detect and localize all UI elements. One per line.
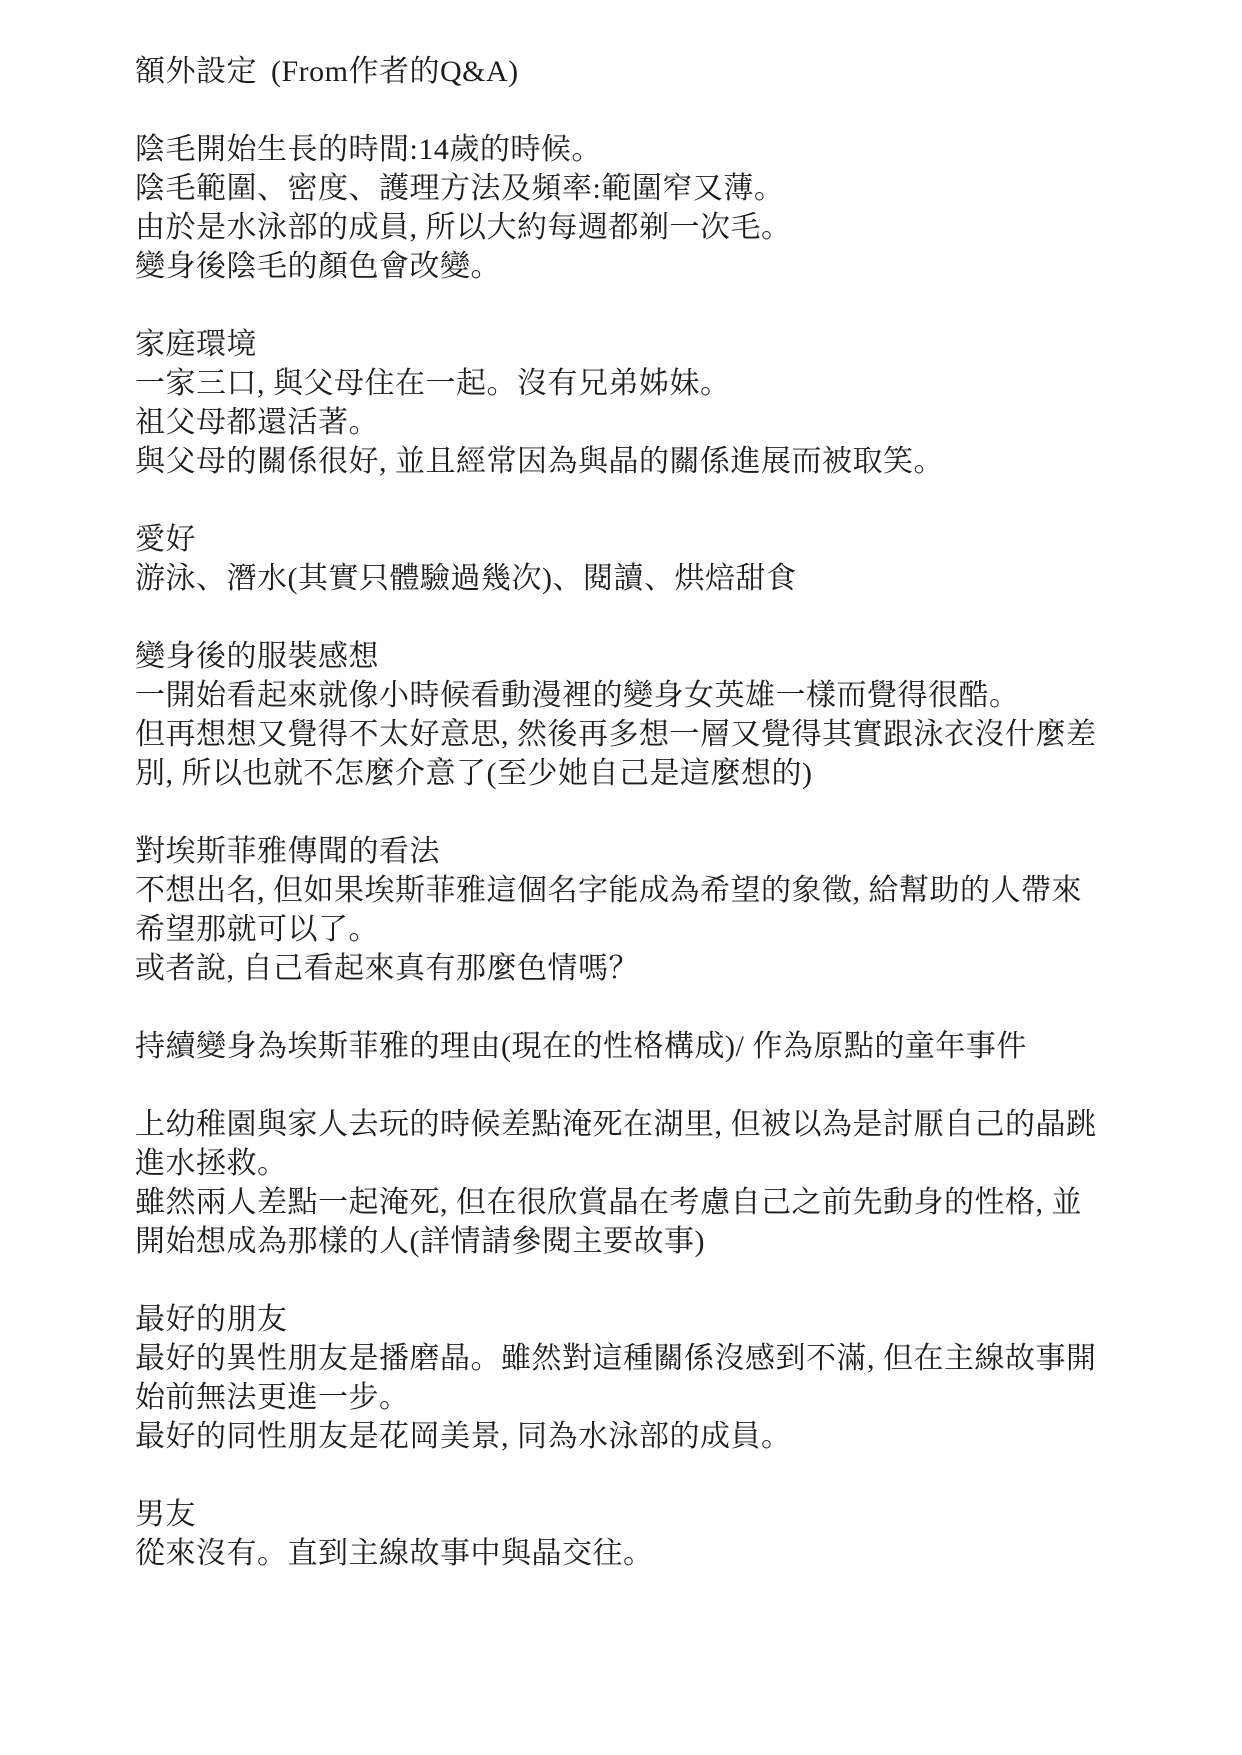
text-line: 變身後陰毛的顏色會改變。 <box>135 247 1182 286</box>
text-line: 始前無法更進一步。 <box>135 1378 1182 1417</box>
text-line: 陰毛開始生長的時間:14歲的時候。 <box>135 130 1182 169</box>
section-heading: 愛好 <box>135 520 1182 559</box>
text-line: 游泳、潛水(其實只體驗過幾次)、閱讀、烘焙甜食 <box>135 559 1182 598</box>
text-line: 上幼稚園與家人去玩的時候差點淹死在湖里, 但被以為是討厭自己的晶跳 <box>135 1105 1182 1144</box>
text-line: 不想出名, 但如果埃斯菲雅這個名字能成為希望的象徵, 給幫助的人帶來 <box>135 871 1182 910</box>
document-page: 額外設定(From作者的Q&A) 陰毛開始生長的時間:14歲的時候。 陰毛範圍、… <box>0 0 1242 1755</box>
section-boyfriend: 男友 從來沒有。直到主線故事中與晶交往。 <box>135 1495 1182 1573</box>
text-line: 從來沒有。直到主線故事中與晶交往。 <box>135 1534 1182 1573</box>
text-line: 由於是水泳部的成員, 所以大約每週都剃一次毛。 <box>135 208 1182 247</box>
section-hobbies: 愛好 游泳、潛水(其實只體驗過幾次)、閱讀、烘焙甜食 <box>135 520 1182 598</box>
text-line: 別, 所以也就不怎麼介意了(至少她自己是這麼想的) <box>135 754 1182 793</box>
text-line: 祖父母都還活著。 <box>135 403 1182 442</box>
text-line: 但再想想又覺得不太好意思, 然後再多想一層又覺得其實跟泳衣沒什麼差 <box>135 715 1182 754</box>
page-title-source: (From作者的Q&A) <box>271 55 519 88</box>
section-heading: 最好的朋友 <box>135 1300 1182 1339</box>
page-title: 額外設定(From作者的Q&A) <box>135 52 1182 91</box>
text-line: 與父母的關係很好, 並且經常因為與晶的關係進展而被取笑。 <box>135 442 1182 481</box>
text-line: 一家三口, 與父母住在一起。沒有兄弟姊妹。 <box>135 364 1182 403</box>
section-family-environment: 家庭環境 一家三口, 與父母住在一起。沒有兄弟姊妹。 祖父母都還活著。 與父母的… <box>135 325 1182 481</box>
section-pubic-hair-notes: 陰毛開始生長的時間:14歲的時候。 陰毛範圍、密度、護理方法及頻率:範圍窄又薄。… <box>135 130 1182 286</box>
section-heading: 對埃斯菲雅傳聞的看法 <box>135 832 1182 871</box>
section-transformation-reason-heading: 持續變身為埃斯菲雅的理由(現在的性格構成)/ 作為原點的童年事件 <box>135 1027 1182 1066</box>
text-line: 陰毛範圍、密度、護理方法及頻率:範圍窄又薄。 <box>135 169 1182 208</box>
section-best-friends: 最好的朋友 最好的異性朋友是播磨晶。雖然對這種關係沒感到不滿, 但在主線故事開 … <box>135 1300 1182 1456</box>
section-costume-impressions: 變身後的服裝感想 一開始看起來就像小時候看動漫裡的變身女英雄一樣而覺得很酷。 但… <box>135 637 1182 793</box>
text-line: 進水拯救。 <box>135 1144 1182 1183</box>
section-childhood-event: 上幼稚園與家人去玩的時候差點淹死在湖里, 但被以為是討厭自己的晶跳 進水拯救。 … <box>135 1105 1182 1261</box>
text-line: 希望那就可以了。 <box>135 910 1182 949</box>
text-line: 或者說, 自己看起來真有那麼色情嗎？ <box>135 949 1182 988</box>
section-heading: 男友 <box>135 1495 1182 1534</box>
text-line: 一開始看起來就像小時候看動漫裡的變身女英雄一樣而覺得很酷。 <box>135 676 1182 715</box>
text-line: 雖然兩人差點一起淹死, 但在很欣賞晶在考慮自己之前先動身的性格, 並 <box>135 1183 1182 1222</box>
text-line: 最好的同性朋友是花岡美景, 同為水泳部的成員。 <box>135 1417 1182 1456</box>
text-line: 開始想成為那樣的人(詳情請參閱主要故事) <box>135 1222 1182 1261</box>
section-heading: 變身後的服裝感想 <box>135 637 1182 676</box>
text-line: 最好的異性朋友是播磨晶。雖然對這種關係沒感到不滿, 但在主線故事開 <box>135 1339 1182 1378</box>
page-title-main: 額外設定 <box>135 55 257 88</box>
section-heading: 家庭環境 <box>135 325 1182 364</box>
section-rumor-opinion: 對埃斯菲雅傳聞的看法 不想出名, 但如果埃斯菲雅這個名字能成為希望的象徵, 給幫… <box>135 832 1182 988</box>
section-heading: 持續變身為埃斯菲雅的理由(現在的性格構成)/ 作為原點的童年事件 <box>135 1027 1182 1066</box>
